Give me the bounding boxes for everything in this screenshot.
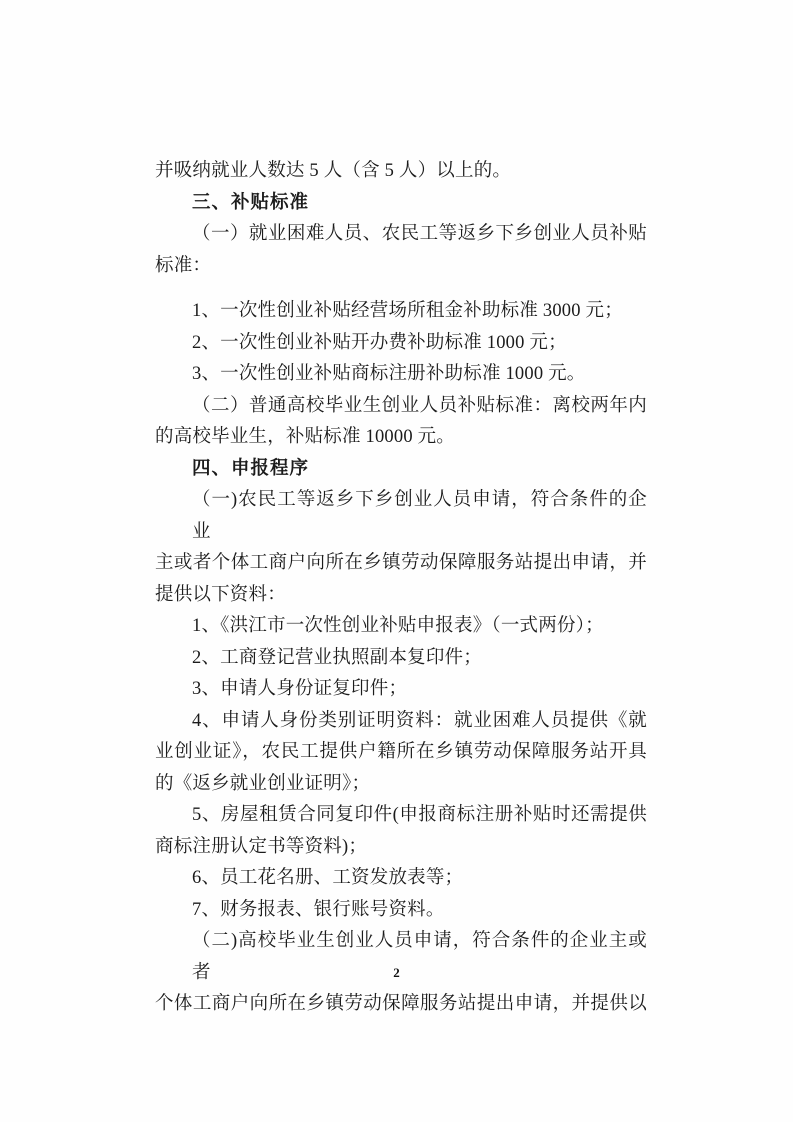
document-line: 3、申请人身份证复印件；	[155, 674, 647, 706]
page-number: 2	[0, 965, 793, 981]
document-line: 主或者个体工商户向所在乡镇劳动保障服务站提出申请，并	[155, 548, 647, 580]
document-line: 提供以下资料：	[155, 580, 647, 612]
document-line: 3、一次性创业补贴商标注册补助标准 1000 元。	[155, 359, 647, 391]
document-line: 2、工商登记营业执照副本复印件；	[155, 643, 647, 675]
scanned-page: 并吸纳就业人数达 5 人（含 5 人）以上的。三、补贴标准（一）就业困难人员、农…	[0, 0, 793, 1122]
document-line: 2、一次性创业补贴开办费补助标准 1000 元；	[155, 328, 647, 360]
document-line: 4、申请人身份类别证明资料：就业困难人员提供《就	[155, 706, 647, 738]
document-line: （一）就业困难人员、农民工等返乡下乡创业人员补贴	[155, 219, 647, 251]
document-line: 的《返乡就业创业证明》；	[155, 769, 647, 801]
document-line: 个体工商户向所在乡镇劳动保障服务站提出申请，并提供以	[155, 989, 647, 1021]
document-line: 7、财务报表、银行账号资料。	[155, 895, 647, 927]
document-line: 标准：	[155, 251, 647, 283]
document-line: 5、房屋租赁合同复印件(申报商标注册补贴时还需提供	[155, 800, 647, 832]
section-heading: 四、申报程序	[155, 454, 647, 486]
document-line: 并吸纳就业人数达 5 人（含 5 人）以上的。	[155, 156, 647, 188]
document-line: 业创业证》，农民工提供户籍所在乡镇劳动保障服务站开具	[155, 737, 647, 769]
document-line: 1、一次性创业补贴经营场所租金补助标准 3000 元；	[155, 296, 647, 328]
document-line: （二）普通高校毕业生创业人员补贴标准：离校两年内	[155, 391, 647, 423]
document-line: 6、员工花名册、工资发放表等；	[155, 863, 647, 895]
document-body: 并吸纳就业人数达 5 人（含 5 人）以上的。三、补贴标准（一）就业困难人员、农…	[155, 156, 647, 1021]
document-line: （一)农民工等返乡下乡创业人员申请，符合条件的企业	[155, 485, 647, 548]
document-line: 的高校毕业生，补贴标准 10000 元。	[155, 422, 647, 454]
document-line: 1、《洪江市一次性创业补贴申报表》（一式两份）；	[155, 611, 647, 643]
document-line: 商标注册认定书等资料)；	[155, 832, 647, 864]
section-heading: 三、补贴标准	[155, 188, 647, 220]
